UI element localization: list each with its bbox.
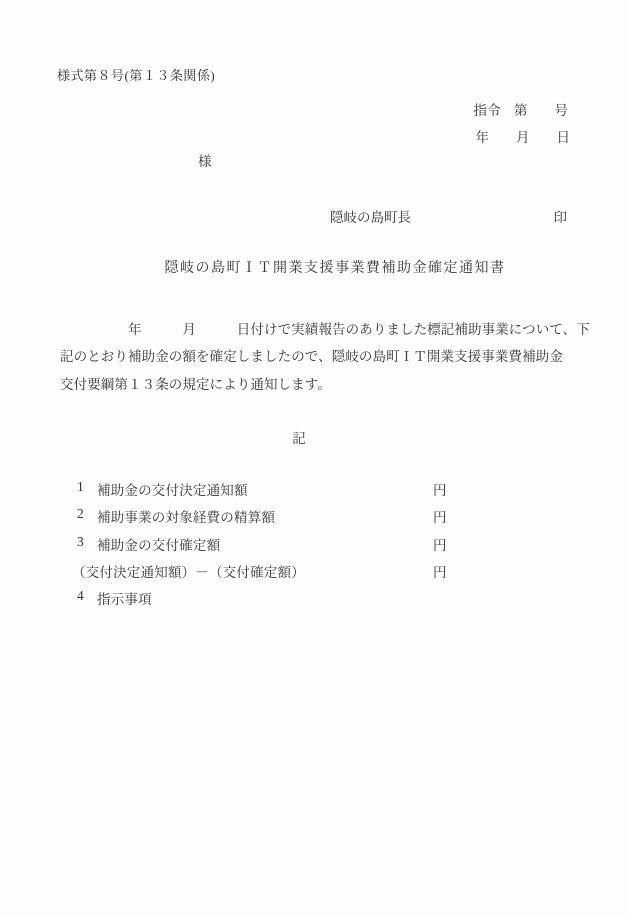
body-line-2: 記のとおり補助金の額を確定しましたので、隠岐の島町ＩＴ開業支援事業費補助金 [60, 343, 600, 370]
issue-date-line: 年 月 日 [0, 126, 630, 146]
body-line-1: 年 月 日付けで実績報告のありました標記補助事業について、下 [60, 316, 600, 343]
item-label: （交付決定通知額）－（交付確定額） [72, 561, 305, 581]
addressee-honorific: 様 [198, 150, 212, 170]
item-unit: 円 [433, 534, 447, 554]
item-number: 2 [77, 506, 84, 522]
body-line-3: 交付要綱第１３条の規定により通知します。 [60, 371, 600, 398]
list-item: （交付決定通知額）－（交付確定額） 円 [0, 561, 630, 588]
record-marker: 記 [0, 427, 630, 447]
document-page: 様式第８号(第１３条関係) 指令 第 号 年 月 日 様 隠岐の島町長 印 隠岐… [0, 0, 630, 915]
list-item: 3 補助金の交付確定額 円 [0, 534, 630, 561]
item-label: 補助事業の対象経費の精算額 [97, 506, 275, 526]
form-number: 様式第８号(第１３条関係) [57, 65, 215, 84]
item-unit: 円 [433, 506, 447, 526]
item-number: 1 [77, 479, 84, 495]
item-label: 指示事項 [97, 588, 152, 608]
item-unit: 円 [433, 561, 447, 581]
item-number: 4 [77, 588, 84, 604]
item-label: 補助金の交付確定額 [97, 534, 220, 554]
item-label: 補助金の交付決定通知額 [97, 479, 248, 499]
document-title: 隠岐の島町ＩＴ開業支援事業費補助金確定通知書 [0, 257, 630, 277]
seal-placeholder: 印 [554, 206, 568, 226]
list-item: 4 指示事項 [0, 588, 630, 615]
body-paragraph: 年 月 日付けで実績報告のありました標記補助事業について、下 記のとおり補助金の… [60, 316, 600, 398]
directive-number-line: 指令 第 号 [0, 99, 630, 119]
issuer-name: 隠岐の島町長 [330, 206, 411, 226]
list-item: 1 補助金の交付決定通知額 円 [0, 479, 630, 506]
item-number: 3 [77, 534, 84, 550]
item-unit: 円 [433, 479, 447, 499]
list-item: 2 補助事業の対象経費の精算額 円 [0, 506, 630, 533]
items-list: 1 補助金の交付決定通知額 円 2 補助事業の対象経費の精算額 円 3 補助金の… [0, 479, 630, 615]
